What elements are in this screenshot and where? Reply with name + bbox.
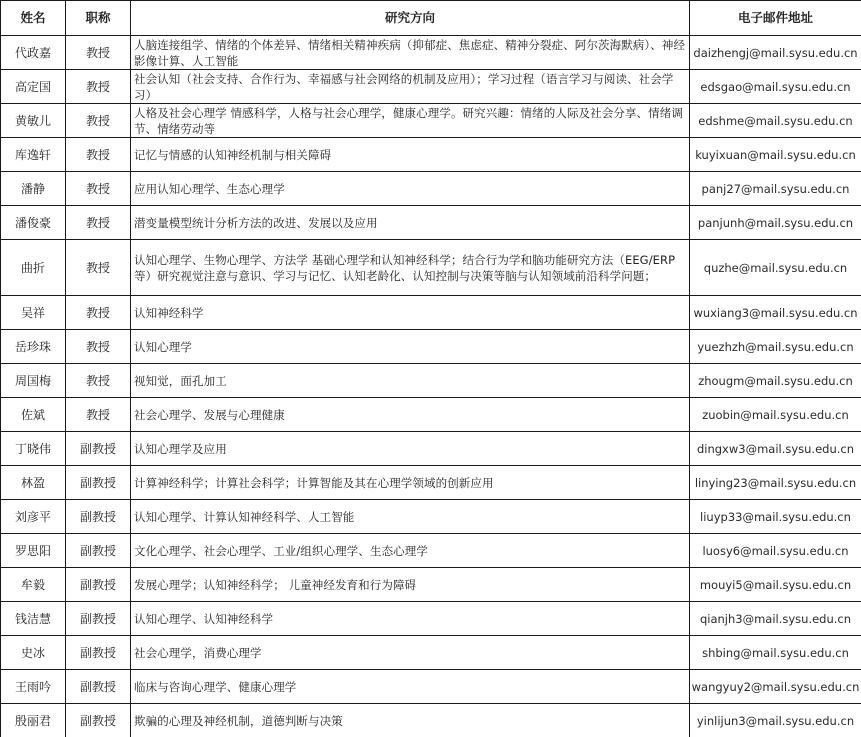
cell-research: 社会心理学，消费心理学 bbox=[131, 636, 690, 670]
cell-name: 高定国 bbox=[1, 70, 66, 104]
table-row: 牟毅 副教授 发展心理学；认知神经科学； 儿童神经发育和行为障碍 mouyi5@… bbox=[1, 568, 861, 602]
cell-title: 教授 bbox=[66, 36, 131, 70]
cell-email[interactable]: dingxw3@mail.sysu.edu.cn bbox=[690, 432, 861, 466]
table-row: 殷丽君 副教授 欺骗的心理及神经机制，道德判断与决策 yinlijun3@mai… bbox=[1, 704, 861, 737]
cell-research: 潜变量模型统计分析方法的改进、发展以及应用 bbox=[131, 206, 690, 240]
header-name: 姓名 bbox=[1, 1, 66, 36]
table-row: 钱洁慧 副教授 认知心理学、认知神经科学 qianjh3@mail.sysu.e… bbox=[1, 602, 861, 636]
cell-title: 副教授 bbox=[66, 500, 131, 534]
cell-email[interactable]: liuyp33@mail.sysu.edu.cn bbox=[690, 500, 861, 534]
cell-email[interactable]: kuyixuan@mail.sysu.edu.cn bbox=[690, 138, 861, 172]
cell-email[interactable]: luosy6@mail.sysu.edu.cn bbox=[690, 534, 861, 568]
cell-email[interactable]: wuxiang3@mail.sysu.edu.cn bbox=[690, 296, 861, 330]
table-row: 潘俊豪 教授 潜变量模型统计分析方法的改进、发展以及应用 panjunh@mai… bbox=[1, 206, 861, 240]
cell-title: 教授 bbox=[66, 364, 131, 398]
cell-title: 副教授 bbox=[66, 704, 131, 737]
cell-title: 教授 bbox=[66, 104, 131, 138]
cell-title: 副教授 bbox=[66, 670, 131, 704]
faculty-table: 姓名 职称 研究方向 电子邮件地址 代政嘉 教授 人脑连接组学、情绪的个体差异、… bbox=[0, 0, 861, 737]
cell-name: 殷丽君 bbox=[1, 704, 66, 737]
cell-name: 潘俊豪 bbox=[1, 206, 66, 240]
table-row: 库逸轩 教授 记忆与情感的认知神经机制与相关障碍 kuyixuan@mail.s… bbox=[1, 138, 861, 172]
cell-research: 认知心理学及应用 bbox=[131, 432, 690, 466]
cell-research: 认知神经科学 bbox=[131, 296, 690, 330]
cell-name: 佐斌 bbox=[1, 398, 66, 432]
cell-title: 副教授 bbox=[66, 568, 131, 602]
cell-title: 教授 bbox=[66, 172, 131, 206]
cell-title: 教授 bbox=[66, 330, 131, 364]
cell-name: 罗思阳 bbox=[1, 534, 66, 568]
cell-title: 副教授 bbox=[66, 602, 131, 636]
cell-name: 王雨吟 bbox=[1, 670, 66, 704]
cell-email[interactable]: zuobin@mail.sysu.edu.cn bbox=[690, 398, 861, 432]
cell-research: 视知觉，面孔加工 bbox=[131, 364, 690, 398]
cell-title: 教授 bbox=[66, 398, 131, 432]
cell-email[interactable]: qianjh3@mail.sysu.edu.cn bbox=[690, 602, 861, 636]
cell-title: 教授 bbox=[66, 296, 131, 330]
cell-name: 林盈 bbox=[1, 466, 66, 500]
cell-email[interactable]: panj27@mail.sysu.edu.cn bbox=[690, 172, 861, 206]
table-row: 潘静 教授 应用认知心理学、生态心理学 panj27@mail.sysu.edu… bbox=[1, 172, 861, 206]
cell-research: 认知心理学 bbox=[131, 330, 690, 364]
cell-research: 临床与咨询心理学、健康心理学 bbox=[131, 670, 690, 704]
cell-email[interactable]: shbing@mail.sysu.edu.cn bbox=[690, 636, 861, 670]
cell-research: 人脑连接组学、情绪的个体差异、情绪相关精神疾病（抑郁症、焦虑症、精神分裂症、阿尔… bbox=[131, 36, 690, 70]
header-email: 电子邮件地址 bbox=[690, 1, 861, 36]
table-row: 丁晓伟 副教授 认知心理学及应用 dingxw3@mail.sysu.edu.c… bbox=[1, 432, 861, 466]
cell-name: 史冰 bbox=[1, 636, 66, 670]
cell-title: 副教授 bbox=[66, 466, 131, 500]
cell-research: 应用认知心理学、生态心理学 bbox=[131, 172, 690, 206]
cell-title: 副教授 bbox=[66, 432, 131, 466]
table-row: 刘彦平 副教授 认知心理学、计算认知神经科学、人工智能 liuyp33@mail… bbox=[1, 500, 861, 534]
table-row: 王雨吟 副教授 临床与咨询心理学、健康心理学 wangyuy2@mail.sys… bbox=[1, 670, 861, 704]
cell-email[interactable]: daizhengj@mail.sysu.edu.cn bbox=[690, 36, 861, 70]
cell-name: 刘彦平 bbox=[1, 500, 66, 534]
cell-email[interactable]: yinlijun3@mail.sysu.edu.cn bbox=[690, 704, 861, 737]
cell-name: 丁晓伟 bbox=[1, 432, 66, 466]
cell-name: 牟毅 bbox=[1, 568, 66, 602]
cell-research: 认知心理学、生物心理学、方法学 基础心理学和认知神经科学；结合行为学和脑功能研究… bbox=[131, 240, 690, 296]
cell-name: 岳珍珠 bbox=[1, 330, 66, 364]
cell-research: 社会心理学、发展与心理健康 bbox=[131, 398, 690, 432]
table-header-row: 姓名 职称 研究方向 电子邮件地址 bbox=[1, 1, 861, 36]
table-row: 周国梅 教授 视知觉，面孔加工 zhougm@mail.sysu.edu.cn bbox=[1, 364, 861, 398]
cell-email[interactable]: edshme@mail.sysu.edu.cn bbox=[690, 104, 861, 138]
table-row: 林盈 副教授 计算神经科学；计算社会科学；计算智能及其在心理学领域的创新应用 l… bbox=[1, 466, 861, 500]
cell-email[interactable]: zhougm@mail.sysu.edu.cn bbox=[690, 364, 861, 398]
cell-name: 吴祥 bbox=[1, 296, 66, 330]
table-row: 高定国 教授 社会认知（社会支持、合作行为、幸福感与社会网络的机制及应用）；学习… bbox=[1, 70, 861, 104]
table-row: 史冰 副教授 社会心理学，消费心理学 shbing@mail.sysu.edu.… bbox=[1, 636, 861, 670]
cell-name: 黄敏儿 bbox=[1, 104, 66, 138]
table-row: 罗思阳 副教授 文化心理学、社会心理学、工业/组织心理学、生态心理学 luosy… bbox=[1, 534, 861, 568]
cell-email[interactable]: mouyi5@mail.sysu.edu.cn bbox=[690, 568, 861, 602]
cell-research: 认知心理学、认知神经科学 bbox=[131, 602, 690, 636]
cell-email[interactable]: edsgao@mail.sysu.edu.cn bbox=[690, 70, 861, 104]
cell-email[interactable]: yuezhzh@mail.sysu.edu.cn bbox=[690, 330, 861, 364]
cell-name: 钱洁慧 bbox=[1, 602, 66, 636]
cell-title: 教授 bbox=[66, 206, 131, 240]
table-row: 黄敏儿 教授 人格及社会心理学 情感科学，人格与社会心理学，健康心理学。研究兴趣… bbox=[1, 104, 861, 138]
table-row: 曲折 教授 认知心理学、生物心理学、方法学 基础心理学和认知神经科学；结合行为学… bbox=[1, 240, 861, 296]
cell-research: 社会认知（社会支持、合作行为、幸福感与社会网络的机制及应用）；学习过程（语言学习… bbox=[131, 70, 690, 104]
cell-title: 副教授 bbox=[66, 534, 131, 568]
cell-research: 文化心理学、社会心理学、工业/组织心理学、生态心理学 bbox=[131, 534, 690, 568]
table-row: 吴祥 教授 认知神经科学 wuxiang3@mail.sysu.edu.cn bbox=[1, 296, 861, 330]
cell-email[interactable]: panjunh@mail.sysu.edu.cn bbox=[690, 206, 861, 240]
table-row: 佐斌 教授 社会心理学、发展与心理健康 zuobin@mail.sysu.edu… bbox=[1, 398, 861, 432]
table-row: 岳珍珠 教授 认知心理学 yuezhzh@mail.sysu.edu.cn bbox=[1, 330, 861, 364]
cell-research: 欺骗的心理及神经机制，道德判断与决策 bbox=[131, 704, 690, 737]
cell-name: 曲折 bbox=[1, 240, 66, 296]
cell-title: 教授 bbox=[66, 138, 131, 172]
cell-name: 代政嘉 bbox=[1, 36, 66, 70]
cell-title: 教授 bbox=[66, 240, 131, 296]
cell-name: 库逸轩 bbox=[1, 138, 66, 172]
table-row: 代政嘉 教授 人脑连接组学、情绪的个体差异、情绪相关精神疾病（抑郁症、焦虑症、精… bbox=[1, 36, 861, 70]
header-title: 职称 bbox=[66, 1, 131, 36]
cell-title: 教授 bbox=[66, 70, 131, 104]
cell-research: 人格及社会心理学 情感科学，人格与社会心理学，健康心理学。研究兴趣：情绪的人际及… bbox=[131, 104, 690, 138]
header-research: 研究方向 bbox=[131, 1, 690, 36]
cell-name: 潘静 bbox=[1, 172, 66, 206]
cell-name: 周国梅 bbox=[1, 364, 66, 398]
cell-research: 计算神经科学；计算社会科学；计算智能及其在心理学领域的创新应用 bbox=[131, 466, 690, 500]
cell-email[interactable]: linying23@mail.sysu.edu.cn bbox=[690, 466, 861, 500]
cell-email[interactable]: wangyuy2@mail.sysu.edu.cn bbox=[690, 670, 861, 704]
cell-research: 认知心理学、计算认知神经科学、人工智能 bbox=[131, 500, 690, 534]
cell-email[interactable]: quzhe@mail.sysu.edu.cn bbox=[690, 240, 861, 296]
cell-title: 副教授 bbox=[66, 636, 131, 670]
cell-research: 记忆与情感的认知神经机制与相关障碍 bbox=[131, 138, 690, 172]
cell-research: 发展心理学；认知神经科学； 儿童神经发育和行为障碍 bbox=[131, 568, 690, 602]
